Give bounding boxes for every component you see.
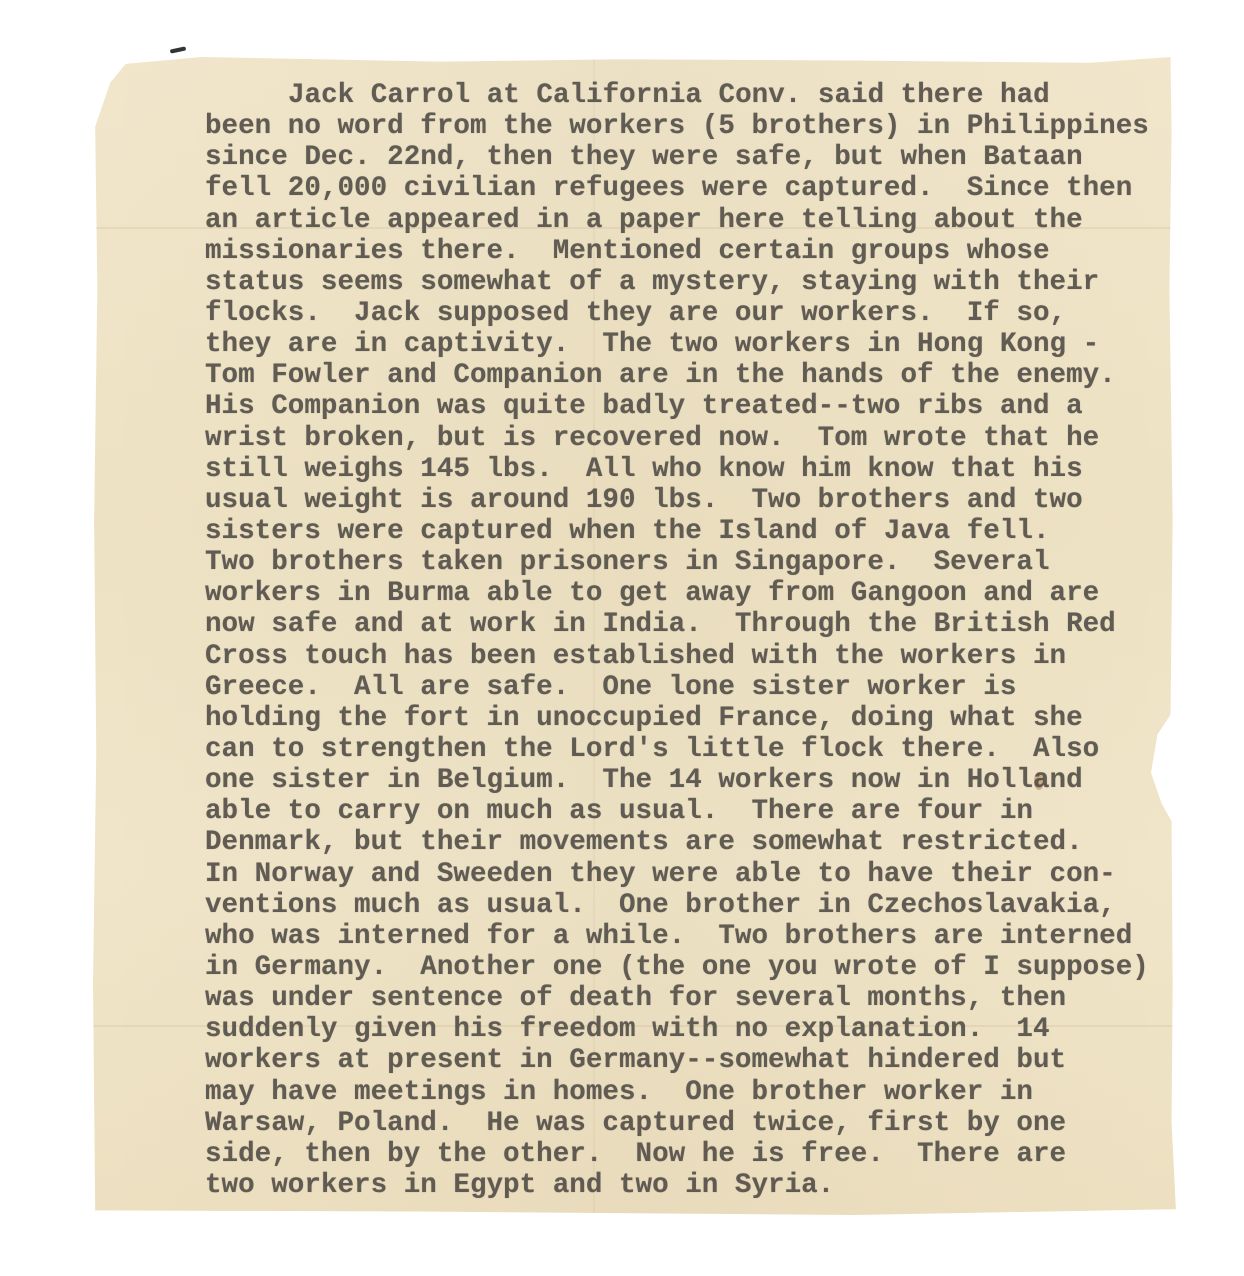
text-line: Denmark, but their movements are somewha… xyxy=(205,827,1149,858)
text-line: usual weight is around 190 lbs. Two brot… xyxy=(205,485,1149,516)
text-line: Warsaw, Poland. He was captured twice, f… xyxy=(205,1108,1149,1139)
text-line: suddenly given his freedom with no expla… xyxy=(205,1014,1149,1045)
text-line: two workers in Egypt and two in Syria. xyxy=(205,1170,1149,1201)
text-line: Greece. All are safe. One lone sister wo… xyxy=(205,672,1149,703)
text-line: workers at present in Germany--somewhat … xyxy=(205,1045,1149,1076)
text-line: who was interned for a while. Two brothe… xyxy=(205,921,1149,952)
text-line: side, then by the other. Now he is free.… xyxy=(205,1139,1149,1170)
text-line: was under sentence of death for several … xyxy=(205,983,1149,1014)
text-line: still weighs 145 lbs. All who know him k… xyxy=(205,454,1149,485)
typewritten-text: Jack Carrol at California Conv. said the… xyxy=(205,80,1149,1201)
text-line: one sister in Belgium. The 14 workers no… xyxy=(205,765,1149,796)
text-line: since Dec. 22nd, then they were safe, bu… xyxy=(205,142,1149,173)
text-line: wrist broken, but is recovered now. Tom … xyxy=(205,423,1149,454)
text-line: Two brothers taken prisoners in Singapor… xyxy=(205,547,1149,578)
text-line: now safe and at work in India. Through t… xyxy=(205,609,1149,640)
text-line: Tom Fowler and Companion are in the hand… xyxy=(205,360,1149,391)
text-line: may have meetings in homes. One brother … xyxy=(205,1077,1149,1108)
text-line: His Companion was quite badly treated--t… xyxy=(205,391,1149,422)
text-line: workers in Burma able to get away from G… xyxy=(205,578,1149,609)
text-line: can to strengthen the Lord's little floc… xyxy=(205,734,1149,765)
text-line: ventions much as usual. One brother in C… xyxy=(205,890,1149,921)
text-line: In Norway and Sweeden they were able to … xyxy=(205,859,1149,890)
text-line: an article appeared in a paper here tell… xyxy=(205,205,1149,236)
text-line: in Germany. Another one (the one you wro… xyxy=(205,952,1149,983)
text-line: status seems somewhat of a mystery, stay… xyxy=(205,267,1149,298)
text-line: holding the fort in unoccupied France, d… xyxy=(205,703,1149,734)
text-line: missionaries there. Mentioned certain gr… xyxy=(205,236,1149,267)
text-line: Cross touch has been established with th… xyxy=(205,641,1149,672)
text-line: able to carry on much as usual. There ar… xyxy=(205,796,1149,827)
text-line: sisters were captured when the Island of… xyxy=(205,516,1149,547)
text-line: Jack Carrol at California Conv. said the… xyxy=(205,80,1149,111)
text-line: flocks. Jack supposed they are our worke… xyxy=(205,298,1149,329)
text-line: fell 20,000 civilian refugees were captu… xyxy=(205,173,1149,204)
text-line: been no word from the workers (5 brother… xyxy=(205,111,1149,142)
text-line: they are in captivity. The two workers i… xyxy=(205,329,1149,360)
ink-speck xyxy=(170,46,186,53)
